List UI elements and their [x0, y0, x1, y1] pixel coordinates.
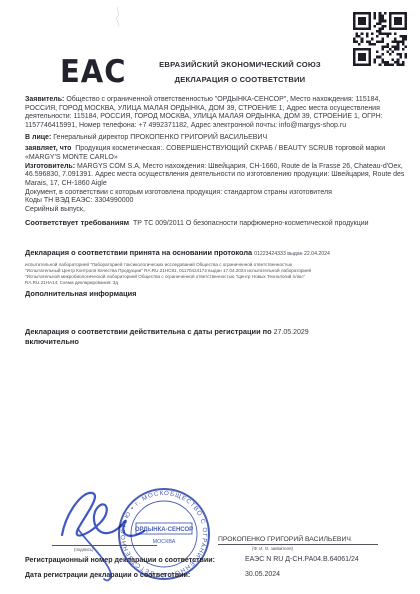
reg-number-value: ЕАЭС N RU Д-CH.РА04.В.64061/24 — [245, 556, 359, 563]
serial-text: Серийный выпуск, — [25, 206, 85, 213]
reg-date-value: 30.05.2024 — [245, 571, 280, 578]
applicant-label: Заявитель: — [25, 96, 64, 103]
fio-caption: (Ф. И. О. заявителя) — [252, 546, 293, 551]
validity-label: Декларация о соответствии действительна … — [25, 327, 272, 336]
reg-date-label: Дата регистрации декларации о соответств… — [25, 571, 190, 579]
document-text: Документ, в соответствии с которым изгот… — [25, 189, 332, 196]
union-title: ЕВРАЗИЙСКИЙ ЭКОНОМИЧЕСКИЙ СОЮЗ — [110, 60, 370, 69]
applicant-fio: ПРОКОПЕНКО ГРИГОРИЙ ВАСИЛЬЕВИЧ — [218, 536, 378, 545]
stamp-center-line1: ОРДЫНКА-СЕНСОР — [135, 527, 193, 533]
complies-label: Соответствует требованиям — [25, 218, 129, 227]
tnved-text: Коды ТН ВЭД ЕАЭС: 3304990000 — [25, 197, 133, 204]
document-body: Заявитель: Общество с ограниченной ответ… — [25, 96, 411, 351]
reg-number-row: Регистрационный номер декларации о соотв… — [25, 556, 215, 564]
doc-title: ДЕКЛАРАЦИЯ О СООТВЕТСТВИИ — [110, 75, 370, 84]
declares-paragraph: заявляет, что Продукция косметическая:. … — [25, 145, 411, 214]
additional-info-label: Дополнительная информация — [25, 289, 136, 298]
declares-label: заявляет, что — [25, 145, 71, 152]
reg-number-label: Регистрационный номер декларации о соотв… — [25, 556, 215, 564]
declares-text: Продукция косметическая:. СОВЕРШЕНСТВУЮЩ… — [25, 145, 385, 161]
applicant-text: Общество с ограниченной ответственностью… — [25, 96, 383, 129]
qr-code-icon — [353, 12, 407, 66]
eac-logo: ЕАС — [60, 53, 110, 90]
basis-paragraph: Декларация о соответствии принята на осн… — [25, 248, 411, 259]
validity-tail: включительно — [25, 337, 79, 346]
signature-caption: (подпись) — [74, 547, 94, 552]
basis-small-print: испытательной лабораторией "Лабораторией… — [25, 262, 411, 286]
signature-line — [52, 545, 157, 546]
svg-text:ОБЩЕСТВО С ОГРАНИЧЕННОЙ ОТВЕТС: ОБЩЕСТВО С ОГРАНИЧЕННОЙ ОТВЕТСТВЕННОСТЬЮ… — [116, 486, 208, 579]
additional-info-paragraph: Дополнительная информация — [25, 289, 411, 300]
basis-ref: 01223424333 выдан 22.04.2024 — [254, 251, 330, 257]
declaration-document: ЕАС ЕВРАЗИЙСКИЙ ЭКОНОМИЧЕСКИЙ СОЮЗ ДЕКЛА… — [0, 0, 420, 594]
manufacturer-text: MARGYS COM S.A, Место нахождения: Швейца… — [25, 163, 404, 187]
complies-paragraph: Соответствует требованиям ТР ТС 009/2011… — [25, 218, 411, 229]
in-person-paragraph: В лице: Генеральный директор ПРОКОПЕНКО … — [25, 134, 411, 143]
manufacturer-label: Изготовитель: — [25, 163, 75, 170]
basis-label: Декларация о соответствии принята на осн… — [25, 248, 252, 257]
company-stamp: ОБЩЕСТВО С ОГРАНИЧЕННОЙ ОТВЕТСТВЕННОСТЬЮ… — [116, 486, 212, 582]
stamp-ring-text: ОБЩЕСТВО С ОГРАНИЧЕННОЙ ОТВЕТСТВЕННОСТЬЮ… — [116, 486, 208, 579]
validity-date: 27.05.2029 — [274, 329, 309, 336]
document-header: ЕВРАЗИЙСКИЙ ЭКОНОМИЧЕСКИЙ СОЮЗ ДЕКЛАРАЦИ… — [110, 60, 370, 84]
in-person-label: В лице: — [25, 134, 51, 141]
reg-date-row: Дата регистрации декларации о соответств… — [25, 571, 190, 579]
basis-line: RA.RU.21НА14; Схема декларирования: 3д — [25, 280, 411, 286]
stamp-center-line2: МОСКВА — [153, 539, 176, 545]
signature — [48, 483, 178, 588]
in-person-text: Генеральный директор ПРОКОПЕНКО ГРИГОРИЙ… — [53, 134, 267, 141]
complies-text: ТР ТС 009/2011 О безопасности парфюмерно… — [133, 220, 369, 227]
validity-paragraph: Декларация о соответствии действительна … — [25, 327, 411, 348]
applicant-paragraph: Заявитель: Общество с ограниченной ответ… — [25, 96, 411, 131]
scan-artifact — [112, 6, 126, 28]
